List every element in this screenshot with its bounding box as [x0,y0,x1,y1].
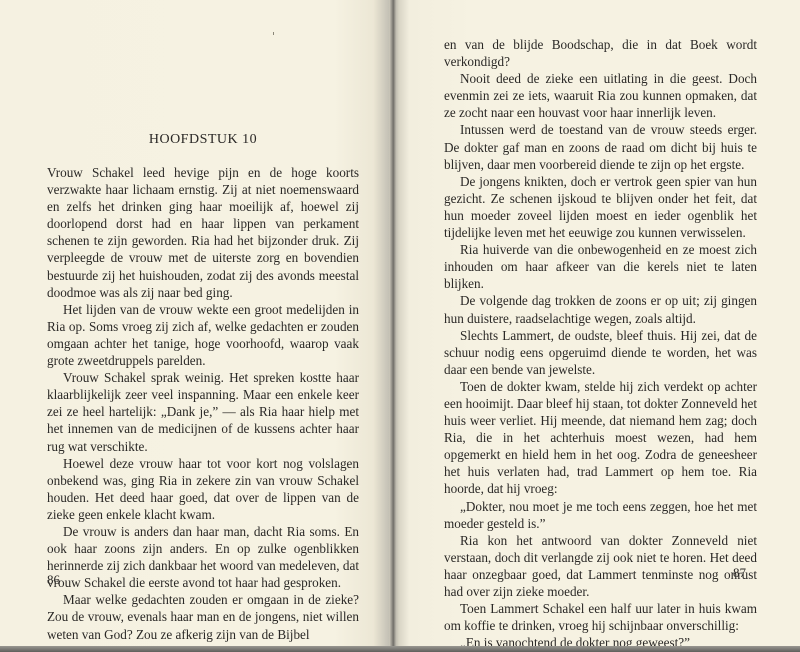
right-page-text: en van de blijde Boodschap, die in dat B… [444,36,757,651]
paragraph: Vrouw Schakel sprak weinig. Het spreken … [47,369,359,454]
chapter-title: HOOFDSTUK 10 [47,132,359,148]
paragraph: Maar welke gedachten zouden er omgaan in… [47,591,359,642]
left-page-text: Vrouw Schakel leed hevige pijn en de hog… [47,164,359,643]
paragraph: Toen de dokter kwam, stelde hij zich ver… [444,378,757,498]
paragraph: Hoewel deze vrouw haar tot voor kort nog… [47,455,359,523]
paragraph: Nooit deed de zieke een uitlating in die… [444,70,757,121]
paragraph: Slechts Lammert, de oudste, bleef thuis.… [444,327,757,378]
paragraph: Toen Lammert Schakel een half uur later … [444,600,757,634]
page-number-left: 86 [47,572,60,588]
paper-speck [273,32,274,35]
paragraph: „Dokter, nou moet je me toch eens zeggen… [444,498,757,532]
paragraph: Het lijden van de vrouw wekte een groot … [47,301,359,369]
paragraph: De volgende dag trokken de zoons er op u… [444,292,757,326]
paragraph: De vrouw is anders dan haar man, dacht R… [47,523,359,591]
paragraph: Ria huiverde van die onbewogenheid en ze… [444,241,757,292]
book-gutter [389,0,396,646]
paragraph: Vrouw Schakel leed hevige pijn en de hog… [47,164,359,301]
paragraph-continuation: en van de blijde Boodschap, die in dat B… [444,36,757,70]
table-surface [0,646,800,652]
page-number-right: 87 [733,565,746,581]
paragraph: De jongens knikten, doch er vertrok geen… [444,173,757,241]
paragraph: Ria kon het antwoord van dokter Zonnevel… [444,532,757,600]
book-spread: HOOFDSTUK 10 Vrouw Schakel leed hevige p… [0,0,800,646]
paragraph: Intussen werd de toestand van de vrouw s… [444,121,757,172]
